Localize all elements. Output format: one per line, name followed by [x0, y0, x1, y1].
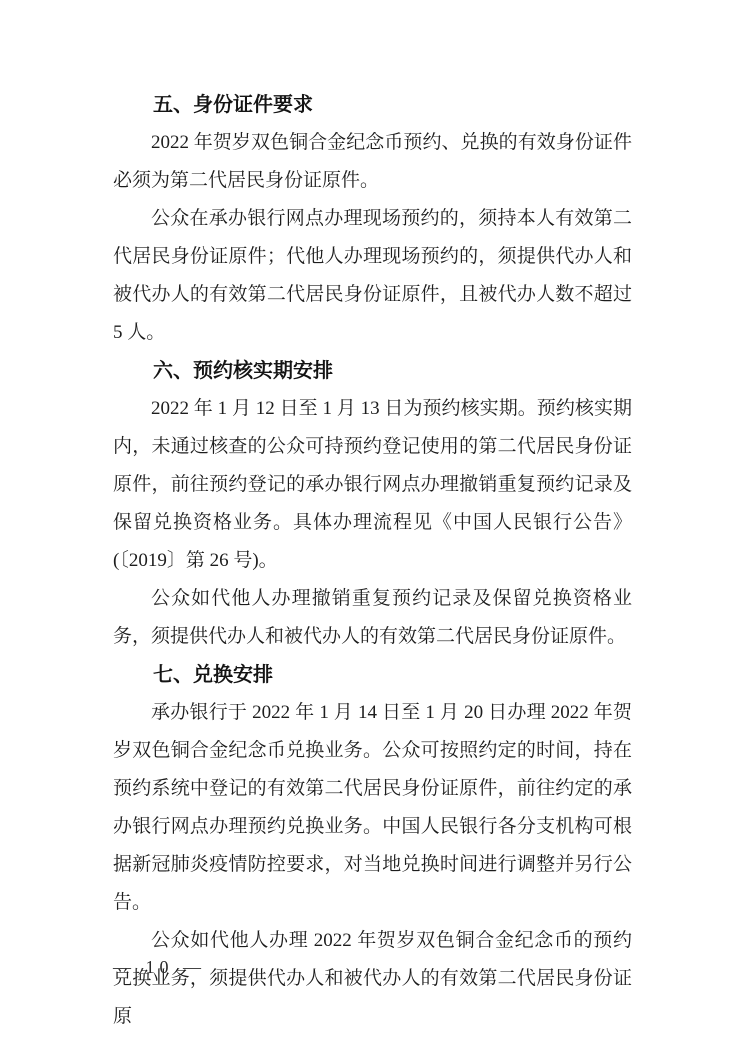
section-heading-id-requirements: 五、身份证件要求	[113, 86, 632, 124]
document-page: 五、身份证件要求 2022 年贺岁双色铜合金纪念币预约、兑换的有效身份证件必须为…	[0, 0, 740, 1047]
section-heading-exchange-arrangement: 七、兑换安排	[113, 656, 632, 694]
paragraph-id-requirements-2: 公众在承办银行网点办理现场预约的，须持本人有效第二代居民身份证原件；代他人办理现…	[113, 200, 632, 352]
paragraph-verification-period-1: 2022 年 1 月 12 日至 1 月 13 日为预约核实期。预约核实期内，未…	[113, 390, 632, 580]
section-heading-verification-period: 六、预约核实期安排	[113, 352, 632, 390]
paragraph-verification-period-2: 公众如代他人办理撤销重复预约记录及保留兑换资格业务，须提供代办人和被代办人的有效…	[113, 580, 632, 656]
paragraph-exchange-arrangement-2: 公众如代他人办理 2022 年贺岁双色铜合金纪念币的预约兑换业务，须提供代办人和…	[113, 922, 632, 1036]
document-body: 五、身份证件要求 2022 年贺岁双色铜合金纪念币预约、兑换的有效身份证件必须为…	[113, 86, 632, 1036]
page-number: — 10 —	[113, 957, 206, 978]
paragraph-exchange-arrangement-1: 承办银行于 2022 年 1 月 14 日至 1 月 20 日办理 2022 年…	[113, 694, 632, 922]
paragraph-id-requirements-1: 2022 年贺岁双色铜合金纪念币预约、兑换的有效身份证件必须为第二代居民身份证原…	[113, 124, 632, 200]
